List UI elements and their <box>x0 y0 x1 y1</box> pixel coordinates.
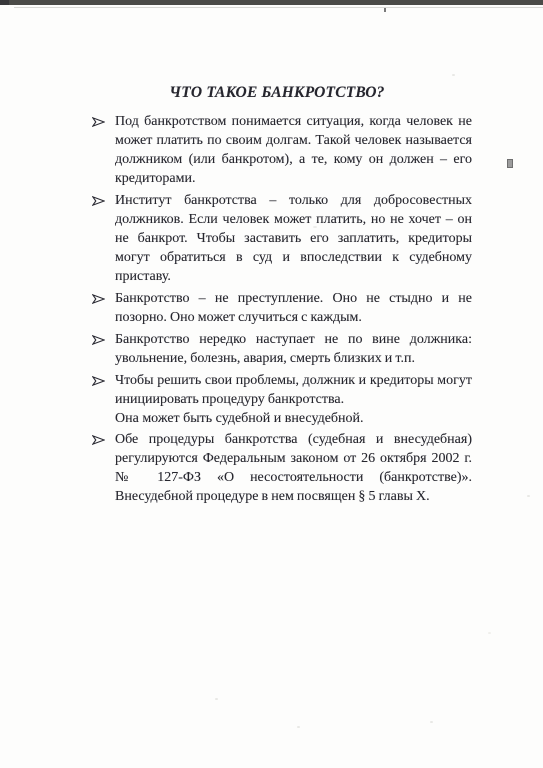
document-title: ЧТО ТАКОЕ БАНКРОТСТВО? <box>92 84 462 101</box>
scan-artifact-speck <box>452 74 455 76</box>
scanned-page: ЧТО ТАКОЕ БАНКРОТСТВО? Под банкротством … <box>0 0 543 768</box>
arrowhead-bullet-icon <box>92 112 115 188</box>
continuation-paragraph: Она может быть судебной и внесудебной. <box>115 409 472 428</box>
scan-artifact-top-band-corner <box>0 0 9 5</box>
scan-artifact-speck <box>527 495 530 497</box>
bullet-text: Чтобы решить свои проблемы, должник и кр… <box>115 371 472 409</box>
scan-artifact-speck <box>215 698 218 700</box>
bullet-item: Банкротство – не преступление. Оно не ст… <box>92 289 472 327</box>
bullet-text: Институт банкротства – только для доброс… <box>115 191 472 286</box>
bullet-text: Банкротство нередко наступает не по вине… <box>115 330 472 368</box>
scan-artifact-speck <box>488 632 491 634</box>
document-content: ЧТО ТАКОЕ БАНКРОТСТВО? Под банкротством … <box>92 84 472 509</box>
scan-artifact-speck <box>430 721 433 723</box>
bullet-item: Обе процедуры банкротства (судебная и вн… <box>92 430 472 506</box>
bullet-text: Банкротство – не преступление. Оно не ст… <box>115 289 472 327</box>
scan-artifact-top-band <box>0 0 543 5</box>
scan-artifact-chip <box>507 159 513 168</box>
arrowhead-bullet-icon <box>92 191 115 286</box>
bullet-item: Под банкротством понимается ситуация, ко… <box>92 112 472 188</box>
arrowhead-bullet-icon <box>92 430 115 506</box>
bullet-text: Под банкротством понимается ситуация, ко… <box>115 112 472 188</box>
scan-artifact-thin-line <box>14 7 543 8</box>
arrowhead-bullet-icon <box>92 330 115 368</box>
bullet-text: Обе процедуры банкротства (судебная и вн… <box>115 430 472 506</box>
scan-artifact-speck <box>297 726 300 728</box>
arrowhead-bullet-icon <box>92 289 115 327</box>
bullet-item: Банкротство нередко наступает не по вине… <box>92 330 472 368</box>
arrowhead-bullet-icon <box>92 371 115 409</box>
bullet-item: Чтобы решить свои проблемы, должник и кр… <box>92 371 472 409</box>
scan-artifact-dot <box>384 8 386 12</box>
bullet-item: Институт банкротства – только для доброс… <box>92 191 472 286</box>
